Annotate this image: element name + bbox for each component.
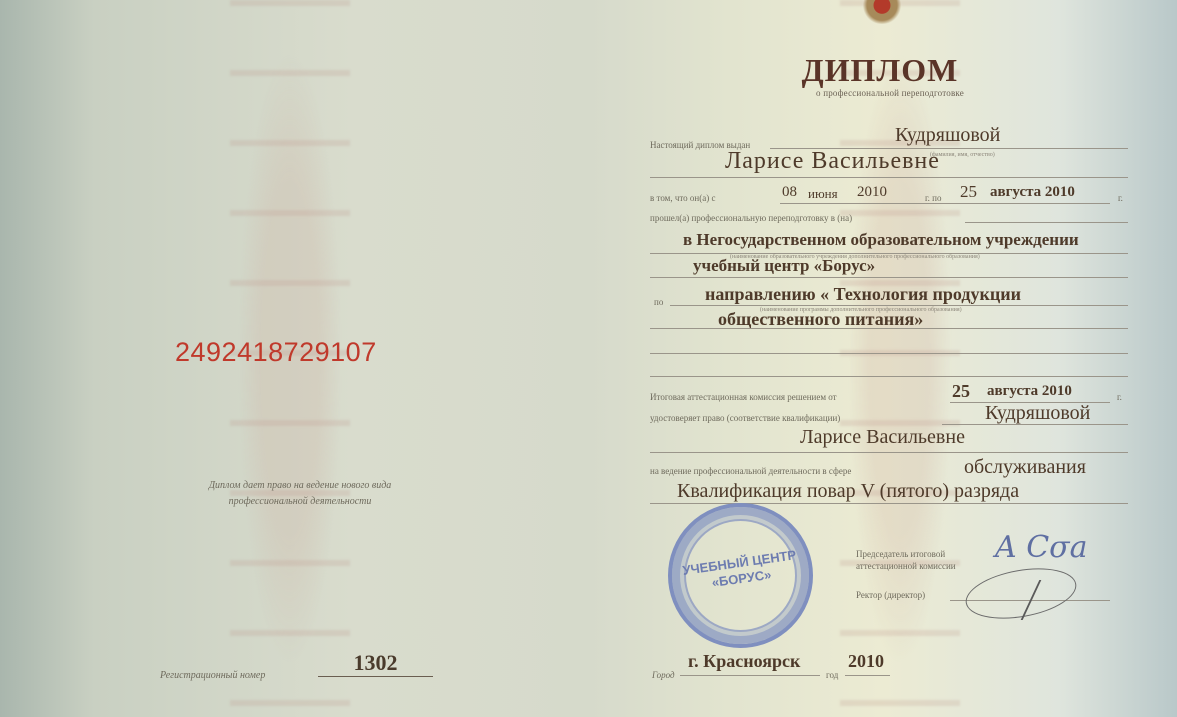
document-title: ДИПЛОМ	[780, 52, 980, 89]
divider	[650, 177, 1128, 178]
certifies-label: удостоверяет право (соответствие квалифи…	[650, 413, 840, 423]
cert-surname: Кудряшовой	[985, 402, 1090, 425]
watermark-pattern	[840, 0, 960, 717]
commission-label: Итоговая аттестационная комиссия решение…	[650, 392, 837, 402]
year: 2010	[848, 651, 884, 672]
end-suffix: г.	[1118, 193, 1123, 203]
divider	[942, 424, 1128, 425]
commission-month-year: августа 2010	[987, 383, 1072, 400]
divider	[650, 353, 1128, 354]
document-subtitle: о профессиональной переподготовке	[750, 88, 1030, 98]
qualification: Квалификация повар V (пятого) разряда	[677, 480, 1019, 503]
divider	[650, 452, 1128, 453]
year-label: год	[826, 670, 838, 680]
official-stamp: УЧЕБНЫЙ ЦЕНТР «БОРУС»	[668, 503, 813, 648]
period-mid: г. по	[925, 193, 942, 203]
start-year: 2010	[857, 184, 887, 201]
activity-label: на ведение профессиональной деятельности…	[650, 466, 851, 476]
program-line1: направлению « Технология продукции	[705, 284, 1021, 305]
start-day: 08	[782, 184, 797, 201]
institution-line2: учебный центр «Борус»	[693, 256, 875, 276]
end-month-year: августа 2010	[990, 184, 1075, 201]
program-line2: общественного питания»	[718, 309, 923, 330]
divider	[650, 503, 1128, 504]
surname: Кудряшовой	[895, 124, 1000, 147]
divider	[845, 675, 890, 676]
divider	[965, 222, 1128, 223]
city: г. Красноярск	[688, 651, 800, 672]
registration-label: Регистрационный номер	[160, 670, 265, 681]
end-day: 25	[960, 182, 977, 202]
divider	[650, 277, 1128, 278]
divider	[680, 675, 820, 676]
start-month: июня	[808, 186, 838, 202]
rector-label: Ректор (директор)	[856, 590, 925, 600]
institution-line1: в Негосударственном образовательном учре…	[683, 230, 1079, 250]
program-prefix: по	[654, 297, 663, 307]
chair-signature: A Cσa	[995, 530, 1088, 565]
commission-day: 25	[952, 381, 970, 402]
cert-given-names: Ларисе Васильевне	[800, 426, 965, 449]
passed-label: прошел(а) профессиональную переподготовк…	[650, 213, 852, 223]
divider	[670, 305, 1128, 306]
activity-value: обслуживания	[964, 456, 1086, 479]
city-label: Город	[652, 670, 675, 680]
diploma-note: Диплом дает право на ведение нового вида…	[150, 478, 450, 510]
registration-number: 1302	[318, 650, 433, 677]
given-names: Ларисе Васильевне	[725, 148, 940, 175]
divider	[780, 203, 1110, 204]
period-label: в том, что он(а) с	[650, 193, 715, 203]
chair-label: Председатель итоговой аттестационной ком…	[856, 548, 956, 572]
serial-number: 2492418729107	[175, 337, 377, 368]
divider	[650, 328, 1128, 329]
divider	[650, 376, 1128, 377]
commission-suffix: г.	[1117, 392, 1122, 402]
